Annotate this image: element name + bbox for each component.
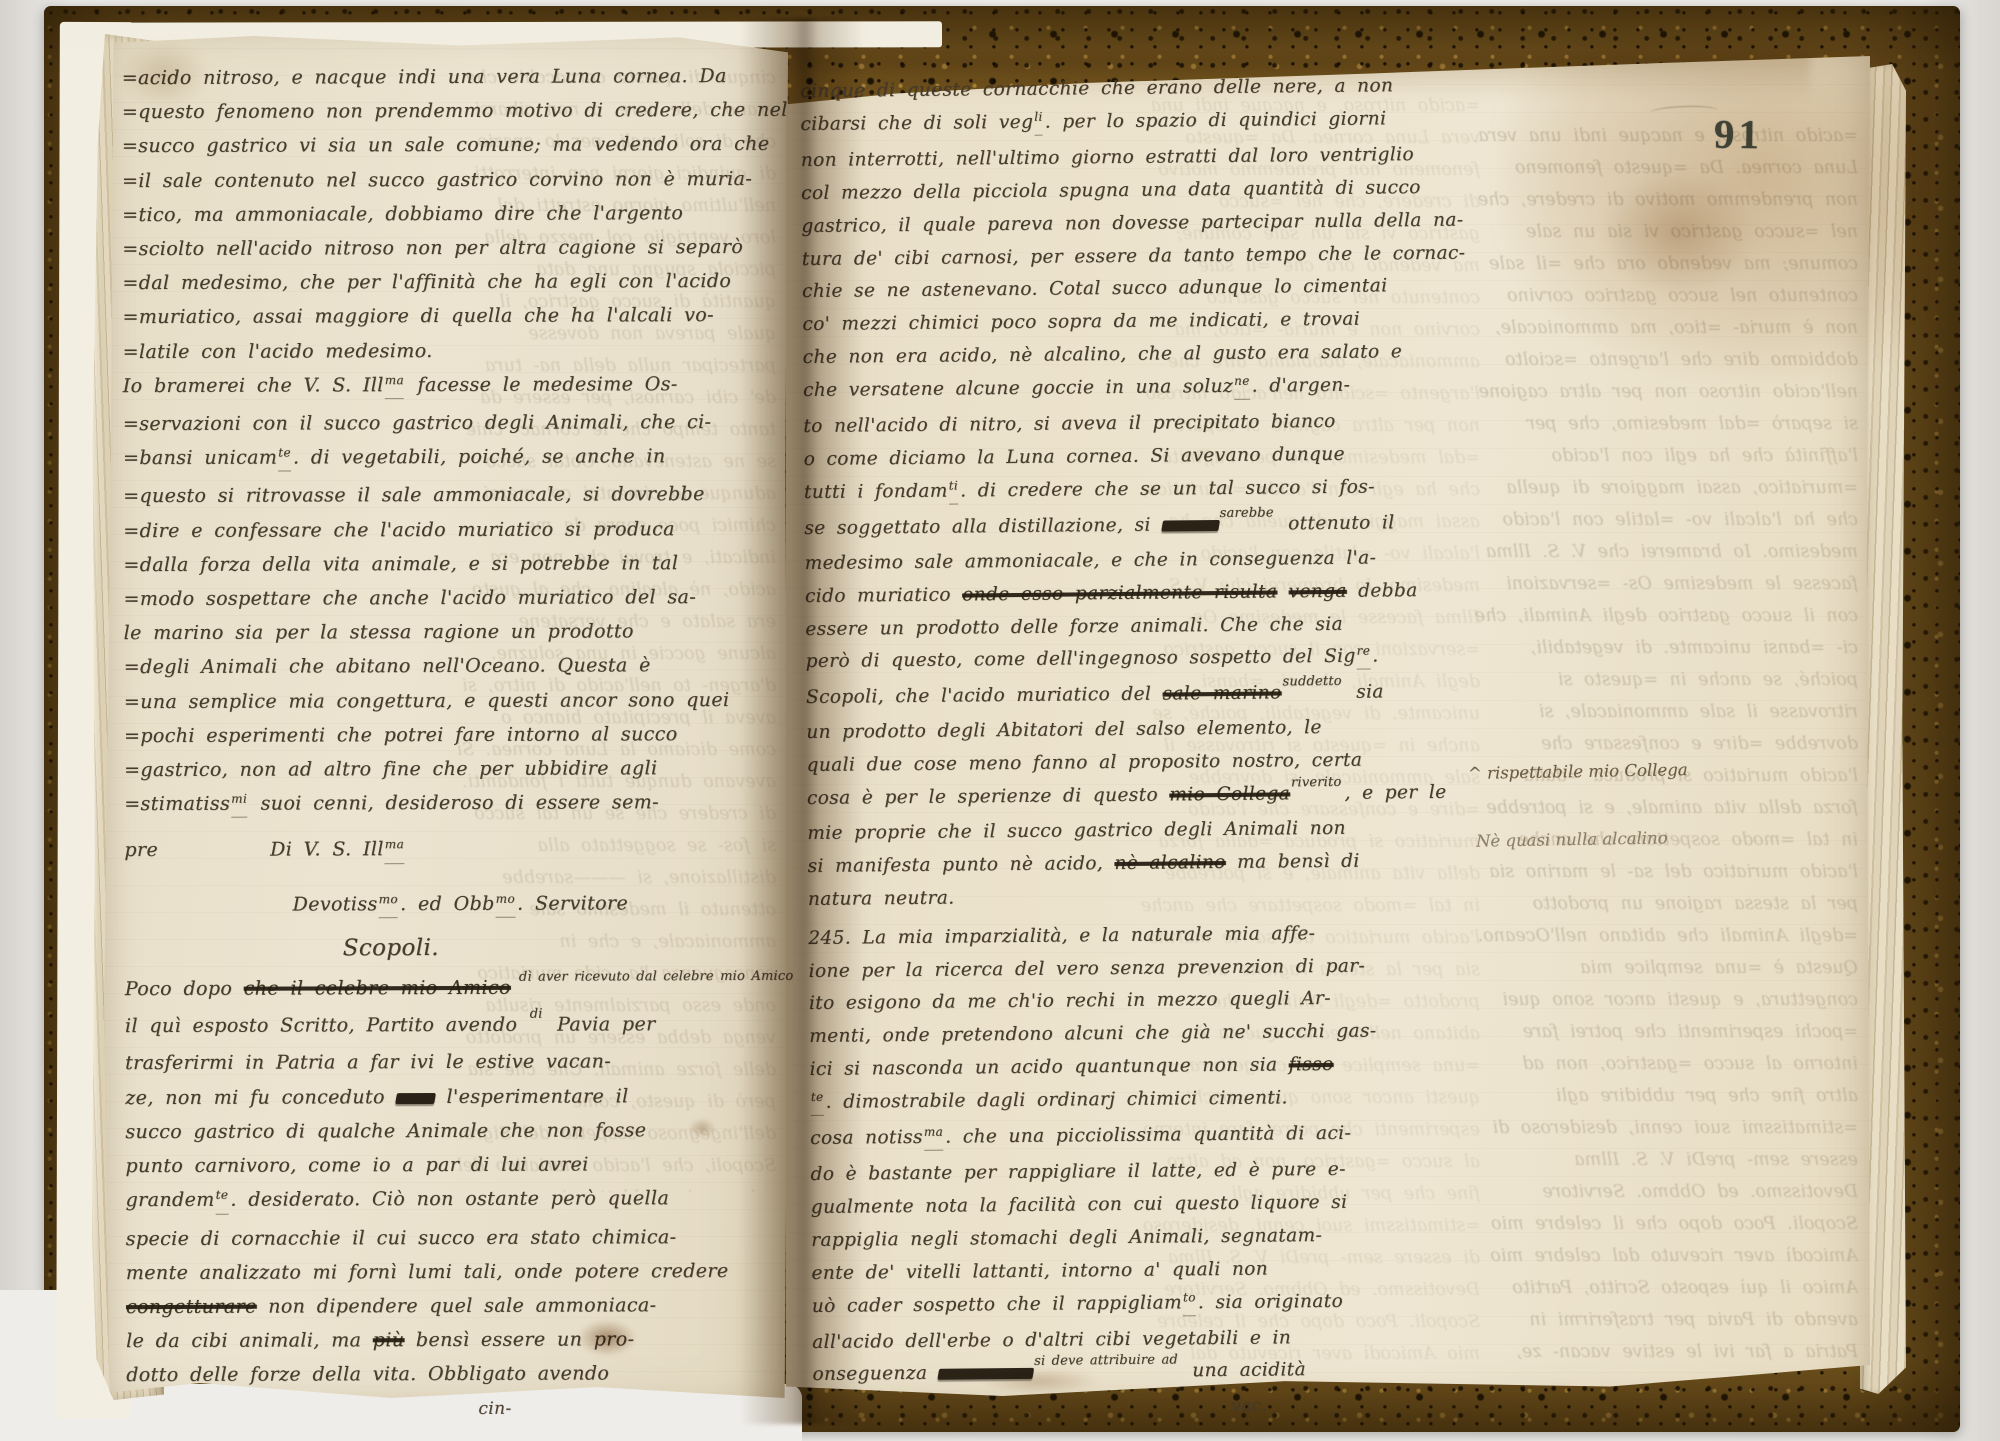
text-segment: ione per la ricerca del vero senza preve… [808,955,1365,981]
text-segment: una acidità [1181,1360,1306,1382]
text-segment: rappiglia negli stomachi degli Animali, … [811,1225,1322,1251]
text-segment [1277,581,1288,602]
text-segment: natura neutra. [808,887,955,909]
text-segment: il quì esposto Scritto, Partito avendo [125,1014,529,1037]
interlinear-insertion: si deve attribuire ad [1034,1345,1178,1379]
manuscript-line: =muriatico, assai maggiore di quella che… [122,298,752,334]
text-segment: grandem [126,1189,215,1211]
margin-note: Nè quasi nulla alcalino [1476,828,1668,850]
superscript-abbreviation: te [278,436,291,472]
manuscript-line: =degli Animali che abitano nell'Oceano. … [124,648,754,684]
text-segment: ze, non mi fu conceduto [125,1086,396,1109]
text-segment: cosa è per le sperienze di questo [807,785,1170,809]
text-segment: =dalla forza della vita animale, e si po… [123,552,678,576]
text-segment: =una semplice mia congettura, e questi a… [124,689,730,713]
text-segment: =modo sospettare che anche l'acido muria… [123,586,696,610]
superscript-abbreviation: ma [385,828,404,864]
text-segment: si manifesta punto nè acido, [807,853,1114,877]
text-segment: . che una picciolissima quantità di aci- [945,1123,1351,1148]
ink-blot: —— [395,1093,436,1104]
text-segment: che non era acido, nè alcalino, che al g… [803,341,1403,368]
text-segment: mente analizzato mi fornì lumi tali, ond… [126,1260,729,1284]
text-segment: l'esperimentare il [435,1085,629,1108]
text-segment: =il sale contenuto nel succo gastrico co… [122,168,752,192]
text-segment: cinque di queste cornacchie che erano de… [800,75,1393,102]
text-segment: do è bastante per rappigliare il latte, … [810,1159,1345,1185]
manuscript-line: =modo sospettare che anche l'acido muria… [123,580,753,616]
manuscript-line: =questo fenomeno non prendemmo motivo di… [122,93,752,129]
text-segment: debba [1347,580,1418,602]
text-segment: succo gastrico di qualche Animale che no… [125,1119,646,1143]
manuscript-line: il quì esposto Scritto, Partito avendo d… [125,1007,755,1046]
text-segment: cido muriatico [805,584,962,607]
text-segment: se soggettato alla distillazione, si [804,514,1162,538]
manuscript-line: =latile con l'acido medesimo. [123,333,753,369]
text-segment: col mezzo della picciola spugna una data… [801,177,1421,204]
ink-blot: ————— [938,1368,1034,1380]
text-segment: ottenuto il [1277,512,1395,534]
text-segment: pre [124,839,158,861]
text-segment: cibarsi che di soli veg [800,112,1033,135]
margin-note: ^ rispettabile mio Collega [1468,760,1688,783]
manuscript-line: preDi V. S. Illma [124,831,754,871]
text-segment: le da cibi animali, ma [126,1329,373,1352]
text-segment: le marino sia per la stessa ragione un p… [124,621,634,645]
text-segment: che versatene alcune goccie in una soluz [803,376,1233,401]
text-segment: ito esigono da me ch'io rechi in mezzo q… [809,988,1331,1014]
superscript-abbreviation: mi [231,782,247,818]
text-segment: Scopoli. [343,935,439,961]
text-segment: . per lo spazio di quindici giorni [1045,108,1387,132]
text-segment: tutti i fondam [804,480,948,502]
manuscript-line: =gastrico, non ad altro fine che per ubb… [124,751,754,787]
manuscript-line: =il sale contenuto nel succo gastrico co… [122,162,752,198]
superscript-abbreviation: ti [949,469,959,504]
manuscript-line: succo gastrico di qualche Animale che no… [125,1113,755,1149]
text-segment: punto carnivoro, come io a par di lui av… [125,1154,588,1178]
manuscript-line: Io bramerei che V. S. Illma facesse le m… [123,367,753,407]
text-segment: non dipendere quel sale ammoniaca- [257,1294,657,1317]
text-segment: dotto delle forze della vita. Obbligato … [126,1363,609,1387]
text-segment: to nell'acido di nitro, si aveva il prec… [803,411,1335,437]
text-segment: . di vegetabili, poiché, se anche in [293,445,666,468]
manuscript-line: =succo gastrico vi sia un sale comune; m… [122,127,752,163]
strikethrough-text: che il celebre mio Amico [244,977,511,1000]
text-segment: cin- [478,1398,511,1418]
manuscript-line: ze, non mi fu conceduto —— l'esperimenta… [125,1079,755,1115]
text-segment: 245. La mia imparzialità, e la naturale … [808,923,1315,949]
superscript-abbreviation: mo [496,881,516,917]
text-segment: =gastrico, non ad altro fine che per ubb… [124,757,657,781]
manuscript-line: natura neutra. [808,877,1528,917]
text-segment: =questo fenomeno non prendemmo motivo di… [122,99,788,123]
text-segment: gualmente nota la facilità con cui quest… [811,1192,1348,1218]
text-segment: gastrico, il quale pareva non dovesse pa… [801,209,1463,236]
manuscript-line: grandemte. desiderato. Ciò non ostante p… [126,1181,756,1221]
strikethrough-text: onde esso parzialmente risulta [962,581,1277,605]
text-segment: =tico, ma ammoniacale, dobbiamo dire che… [122,202,683,226]
text-segment: tura de' cibi carnosi, per essere da tan… [802,242,1466,269]
text-segment: Pavia per [546,1014,656,1036]
text-segment: =pochi esperimenti che potrei fare intor… [124,723,678,747]
text-segment: =muriatico, assai maggiore di quella che… [122,304,713,328]
text-segment: =dal medesimo, che per l'affinità che ha… [122,270,731,294]
superscript-abbreviation: te [216,1178,229,1214]
strikethrough-text: mio Collega [1169,783,1290,805]
text-segment: uò cader sospetto che il rappigliam [812,1292,1182,1317]
text-segment: co' mezzi chimici poco sopra da me indic… [802,309,1360,335]
manuscript-line: cosa è per le sperienze di questo mio Co… [807,776,1527,818]
superscript-abbreviation: mo [379,882,399,918]
text-segment: facesse le medesime Os- [406,373,678,396]
text-segment: =succo gastrico vi sia un sale comune; m… [122,133,770,157]
text-segment: Poco dopo [125,978,244,1000]
manuscript-line: =questo si ritrovasse il sale ammoniacal… [123,477,753,513]
manuscript-line: =bansi unicamte. di vegetabili, poiché, … [123,439,753,479]
left-page-handwriting: =acido nitroso, e nacque indi una vera L… [122,59,757,1427]
text-segment: =latile con l'acido medesimo. [123,340,433,363]
text-segment: . [1372,646,1378,667]
text-segment: però di questo, come dell'ingegnoso sosp… [806,646,1356,672]
right-page-handwriting: cinque di queste cornacchie che erano de… [800,69,1533,1427]
text-segment: . sia originato [1198,1290,1343,1312]
manuscript-line: Poco dopo che il celebre mio Amicodì ave… [125,970,755,1009]
manuscript-line: cido muriatico onde esso parzialmente ri… [805,574,1525,614]
manuscript-line: Devotissmo. ed Obbmo. Servitore [293,886,755,926]
manuscript-line: =stimatissmi suoi cenni, desideroso di e… [124,785,754,825]
text-segment: . d'argen- [1252,375,1351,397]
text-segment: . dimostrabile dagli ordinarj chimici ci… [825,1088,1287,1113]
text-segment: medesimo sale ammoniacale, e che in cons… [805,547,1377,573]
manuscript-line: le marino sia per la stessa ragione un p… [124,614,754,650]
strikethrough-text: congetturare [126,1296,257,1318]
text-segment: Io bramerei che V. S. Ill [123,374,384,397]
superscript-abbreviation: ma [385,363,404,399]
manuscript-line: =tico, ma ammoniacale, dobbiamo dire che… [122,196,752,232]
text-segment: ente de' vitelli lattanti, intorno a' qu… [811,1258,1268,1283]
text-segment: sia [1345,682,1384,703]
superscript-abbreviation: ma [924,1116,944,1151]
manuscript-line: le da cibi animali, ma più bensì essere … [126,1322,756,1358]
strikethrough-text: più [373,1329,405,1351]
catchword: vac. [1231,1387,1533,1423]
manuscript-line: trasferirmi in Patria a far ivi le estiv… [125,1044,755,1080]
strikethrough-text: fisso [1289,1054,1334,1075]
text-segment: un prodotto degli Abitatori del salso el… [806,717,1322,743]
text-segment: =acido nitroso, e nacque indi una vera L… [122,65,727,89]
strikethrough-text: nè alcalino [1114,852,1226,874]
manuscript-line: =dal medesimo, che per l'affinità che ha… [122,264,752,300]
text-segment: =degli Animali che abitano nell'Oceano. … [124,655,651,679]
manuscript-photo: ʃctʒ cinque di queste cornacchie che era… [0,0,2000,1441]
superscript-abbreviation: ne [1234,365,1250,400]
strikethrough-text: sale marino [1162,683,1281,705]
manuscript-line: =pochi esperimenti che potrei fare intor… [124,717,754,753]
text-segment: =questo si ritrovasse il sale ammoniacal… [123,484,705,508]
text-segment: Devotiss [293,893,378,915]
manuscript-line: dotto delle forze della vita. Obbligato … [126,1356,756,1392]
text-segment: , e per le [1344,782,1446,804]
text-segment: . ed Obb [400,892,495,914]
text-segment: =dire e confessare che l'acido muriatico… [123,518,675,542]
manuscript-line: =sciolto nell'acido nitroso non per altr… [122,230,752,266]
text-segment: ma bensì di [1226,851,1360,873]
photo-mat-left-strip [0,1290,64,1441]
ink-blot: ——— [1161,520,1220,532]
text-segment: quali due cose meno fanno al proposito n… [807,750,1363,776]
interlinear-insertion: dì aver ricevuto dal celebre mio Amico [519,960,794,995]
text-segment: =stimatiss [124,793,230,815]
superscript-abbreviation: to [1183,1281,1196,1316]
manuscript-line: =acido nitroso, e nacque indi una vera L… [122,59,752,95]
manuscript-line: =una semplice mia congettura, e questi a… [124,683,754,719]
text-segment: menti, onde pretendono alcuni che già ne… [809,1021,1376,1047]
text-segment: Scopoli, che l'acido muriatico del [806,684,1163,708]
manuscript-line: congetturare non dipendere quel sale amm… [126,1288,756,1324]
text-segment: ici si nasconda un acido quantunque non … [809,1055,1288,1081]
interlinear-insertion: sarebbe [1219,497,1273,530]
text-segment: . desiderato. Ciò non ostante però quell… [230,1187,669,1211]
catchword: cin- [478,1390,756,1425]
text-segment: o come diciamo la Luna cornea. Si avevan… [804,444,1345,470]
text-segment: trasferirmi in Patria a far ivi le estiv… [125,1051,611,1075]
page-number: 91 [1714,110,1764,159]
manuscript-line: =dire e confessare che l'acido muriatico… [123,512,753,548]
text-segment: chie se ne astenevano. Cotal succo adunq… [802,276,1388,303]
text-segment: onseguenza [812,1363,938,1385]
text-segment: non interrotti, nell'ultimo giorno estra… [801,144,1414,171]
strikethrough-text: venga [1289,580,1347,602]
text-segment: Di V. S. Ill [270,839,384,861]
text-segment: cosa notiss [810,1127,923,1149]
superscript-abbreviation: re [1356,635,1370,670]
text-segment: mie proprie che il succo gastrico degli … [807,818,1346,844]
text-segment: =servazioni con il succo gastrico degli … [123,411,712,435]
text-segment: suoi cenni, desideroso di essere sem- [249,791,659,814]
interlinear-insertion: riverito [1291,767,1342,800]
manuscript-line: mente analizzato mi fornì lumi tali, ond… [126,1254,756,1290]
manuscript-line: =dalla forza della vita animale, e si po… [123,546,753,582]
superscript-abbreviation: te [811,1081,824,1116]
text-segment: vac. [1231,1396,1267,1416]
text-segment: =sciolto nell'acido nitroso non per altr… [122,236,743,260]
text-segment: specie di cornacchie il cui succo era st… [126,1226,677,1250]
interlinear-insertion: suddetto [1282,666,1342,699]
text-segment: . Servitore [517,892,628,914]
manuscript-line: specie di cornacchie il cui succo era st… [126,1219,756,1255]
text-segment: . di credere che se un tal succo si fos- [960,476,1375,501]
text-segment: bensì essere un pro- [404,1328,634,1351]
interlinear-insertion: di [530,998,543,1032]
manuscript-line: =servazioni con il succo gastrico degli … [123,405,753,441]
text-segment: =bansi unicam [123,447,277,470]
superscript-abbreviation: li [1034,101,1043,136]
text-segment: essere un prodotto delle forze animali. … [805,613,1343,639]
